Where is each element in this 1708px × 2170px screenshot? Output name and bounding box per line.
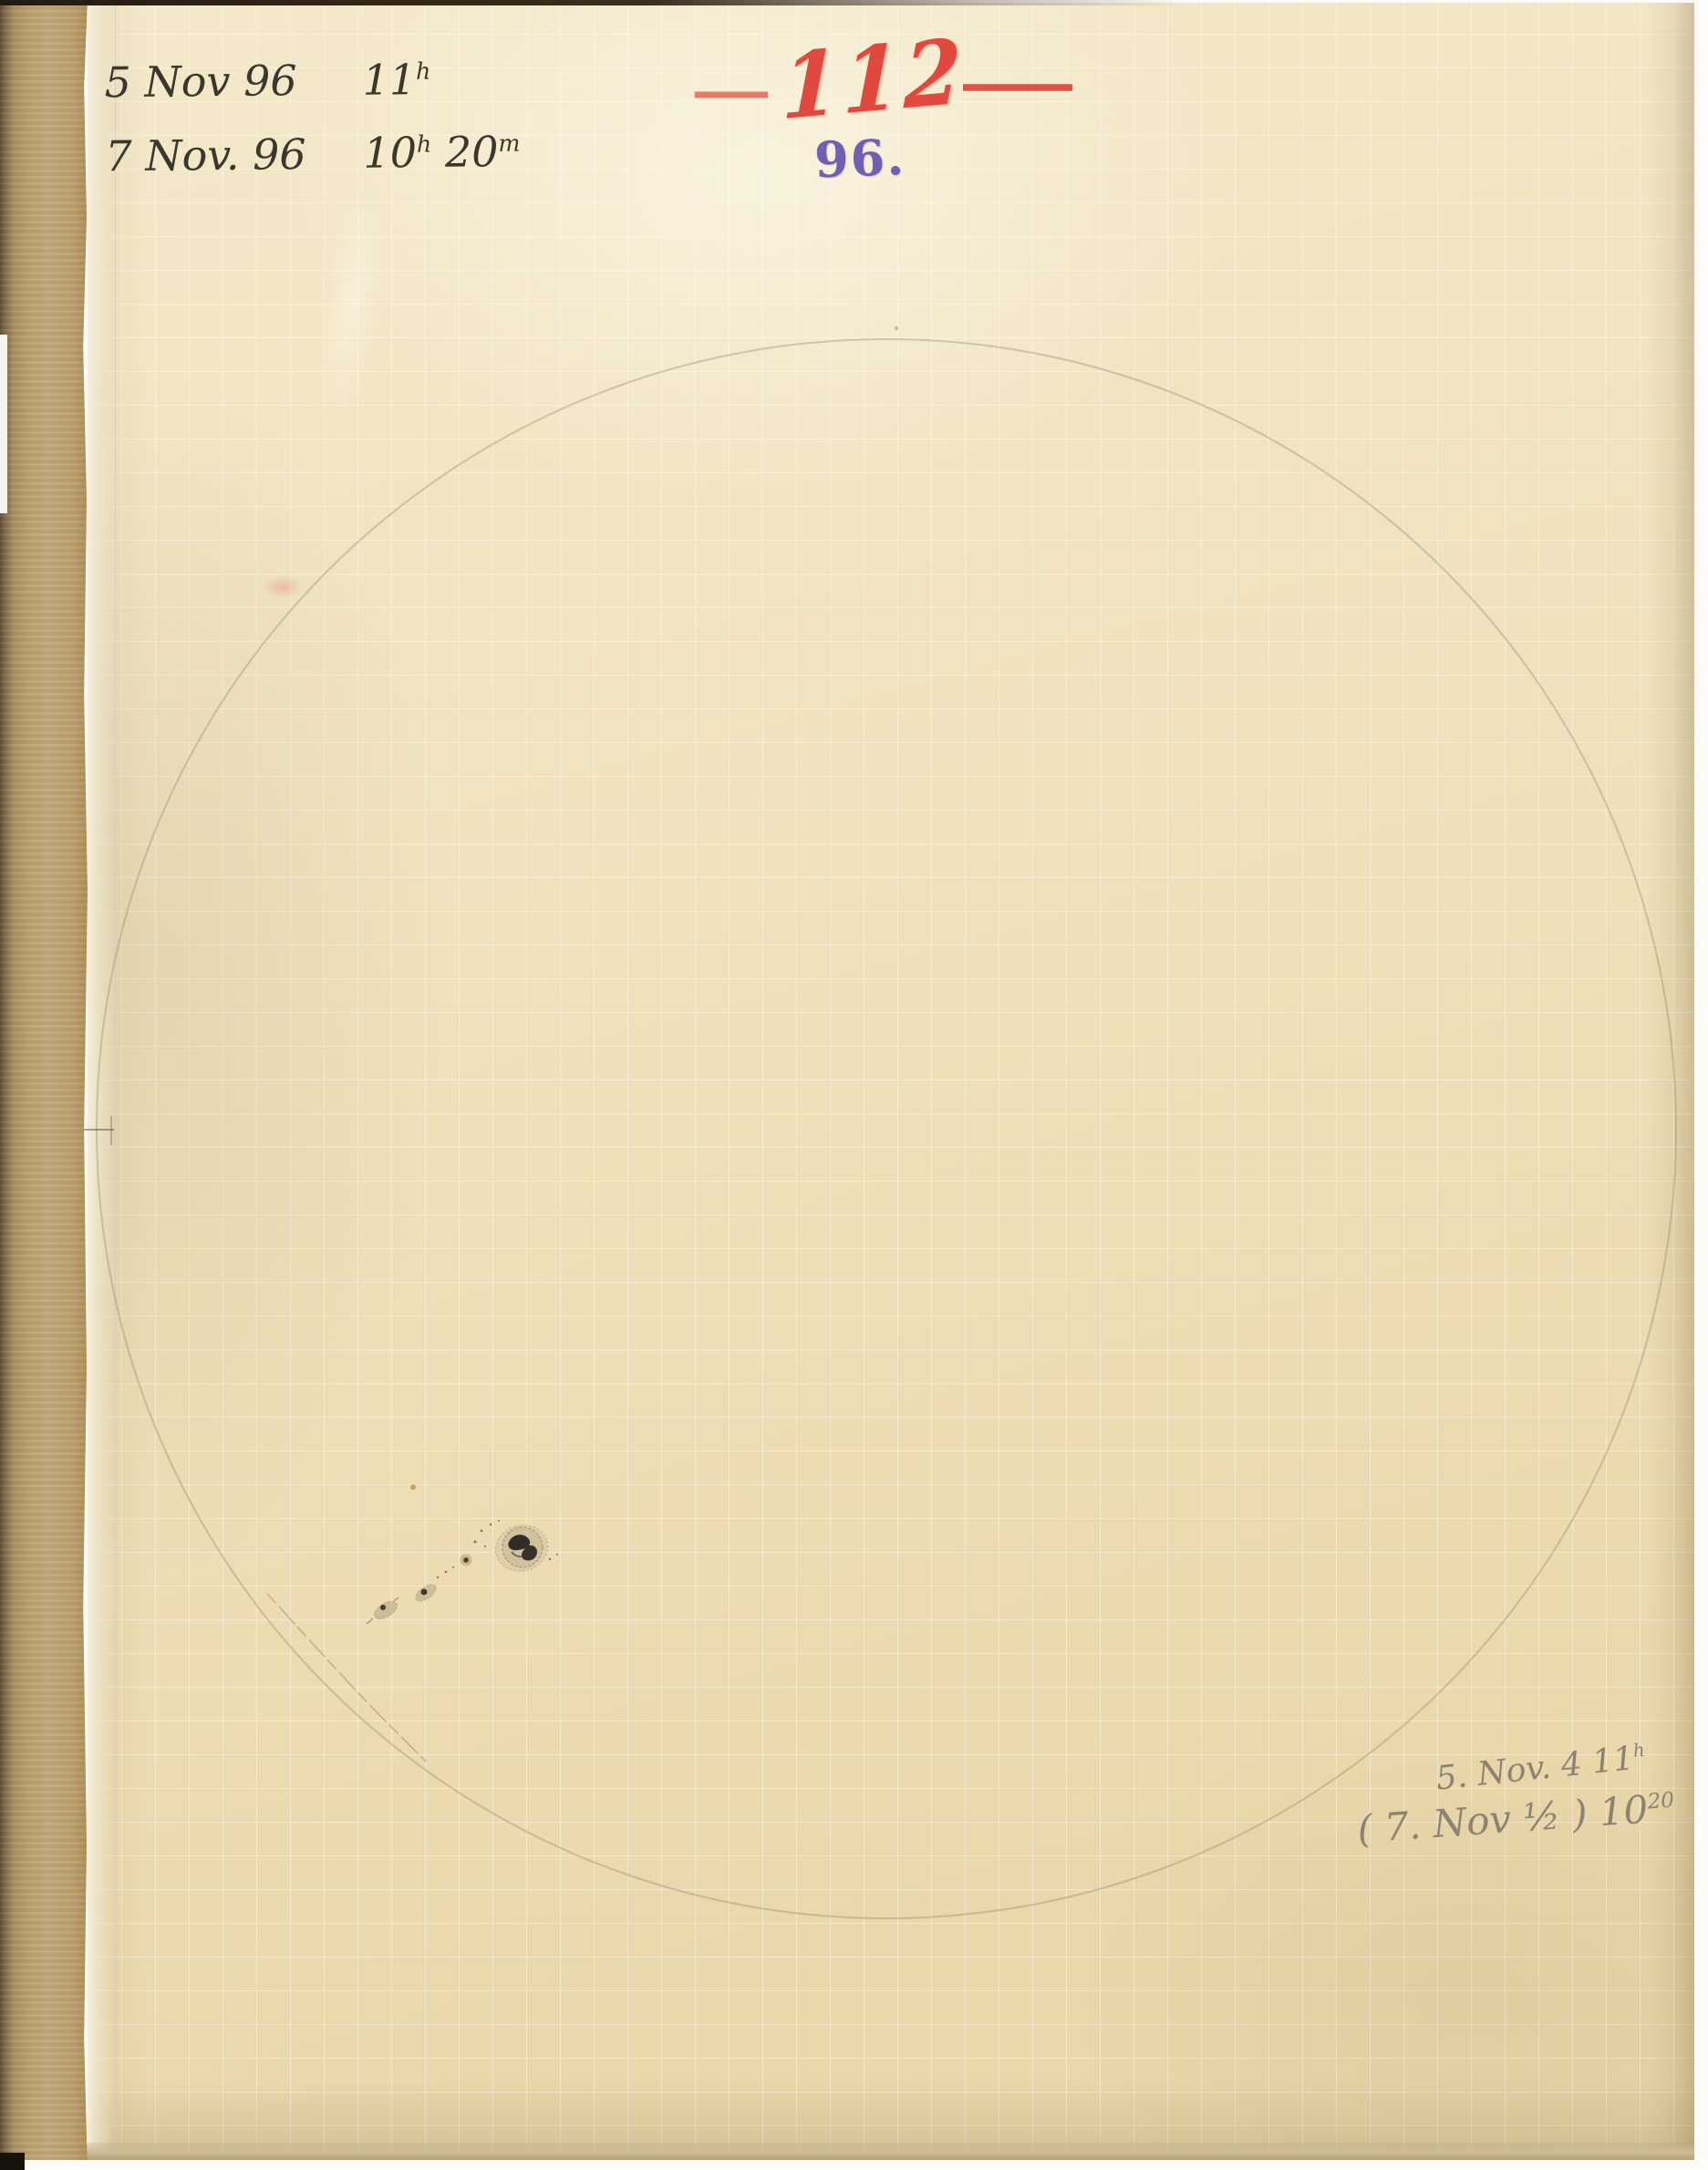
red-smudge (263, 576, 303, 598)
left-edge-gap (0, 335, 7, 513)
date-text: 5 Nov 96 (104, 47, 347, 116)
paper-fleck (895, 326, 898, 330)
dash-left: — (690, 59, 772, 123)
sunspot-pore (461, 1555, 472, 1566)
binding-strip (0, 0, 88, 2170)
scan-margin-bottom (0, 2160, 1708, 2170)
time-text: 11h (362, 39, 431, 113)
date-text: 7 Nov. 96 (105, 120, 347, 189)
scan-margin-right (1694, 0, 1708, 2170)
page-number-row: — 112 — (693, 27, 1058, 132)
scan-edge-top (0, 0, 1185, 5)
observation-line-2: 7 Nov. 9610h 20m (105, 111, 521, 189)
limb-tick-vertical (110, 1116, 112, 1145)
footer-notes: 5. Nov. 4 11h ( 7. Nov ½ ) 1020 (1357, 1747, 1694, 1840)
page-number: 112 (781, 19, 966, 140)
dash-right: — (957, 49, 1079, 118)
scan-corner-black (0, 2153, 25, 2170)
scanned-page: 5 Nov 9611h 7 Nov. 9610h 20m — 112 — 96.… (0, 0, 1708, 2170)
observation-line-1: 5 Nov 9611h (104, 38, 520, 116)
sheet-bottom-edge (24, 2143, 1694, 2160)
year-label: 96. (813, 127, 937, 190)
time-text: 10h 20m (363, 111, 521, 186)
scratch-line (255, 1585, 438, 1772)
main-sunspot (491, 1519, 554, 1576)
page-header: — 112 — 96. (693, 27, 1058, 187)
observation-dates: 5 Nov 9611h 7 Nov. 9610h 20m (104, 38, 521, 189)
